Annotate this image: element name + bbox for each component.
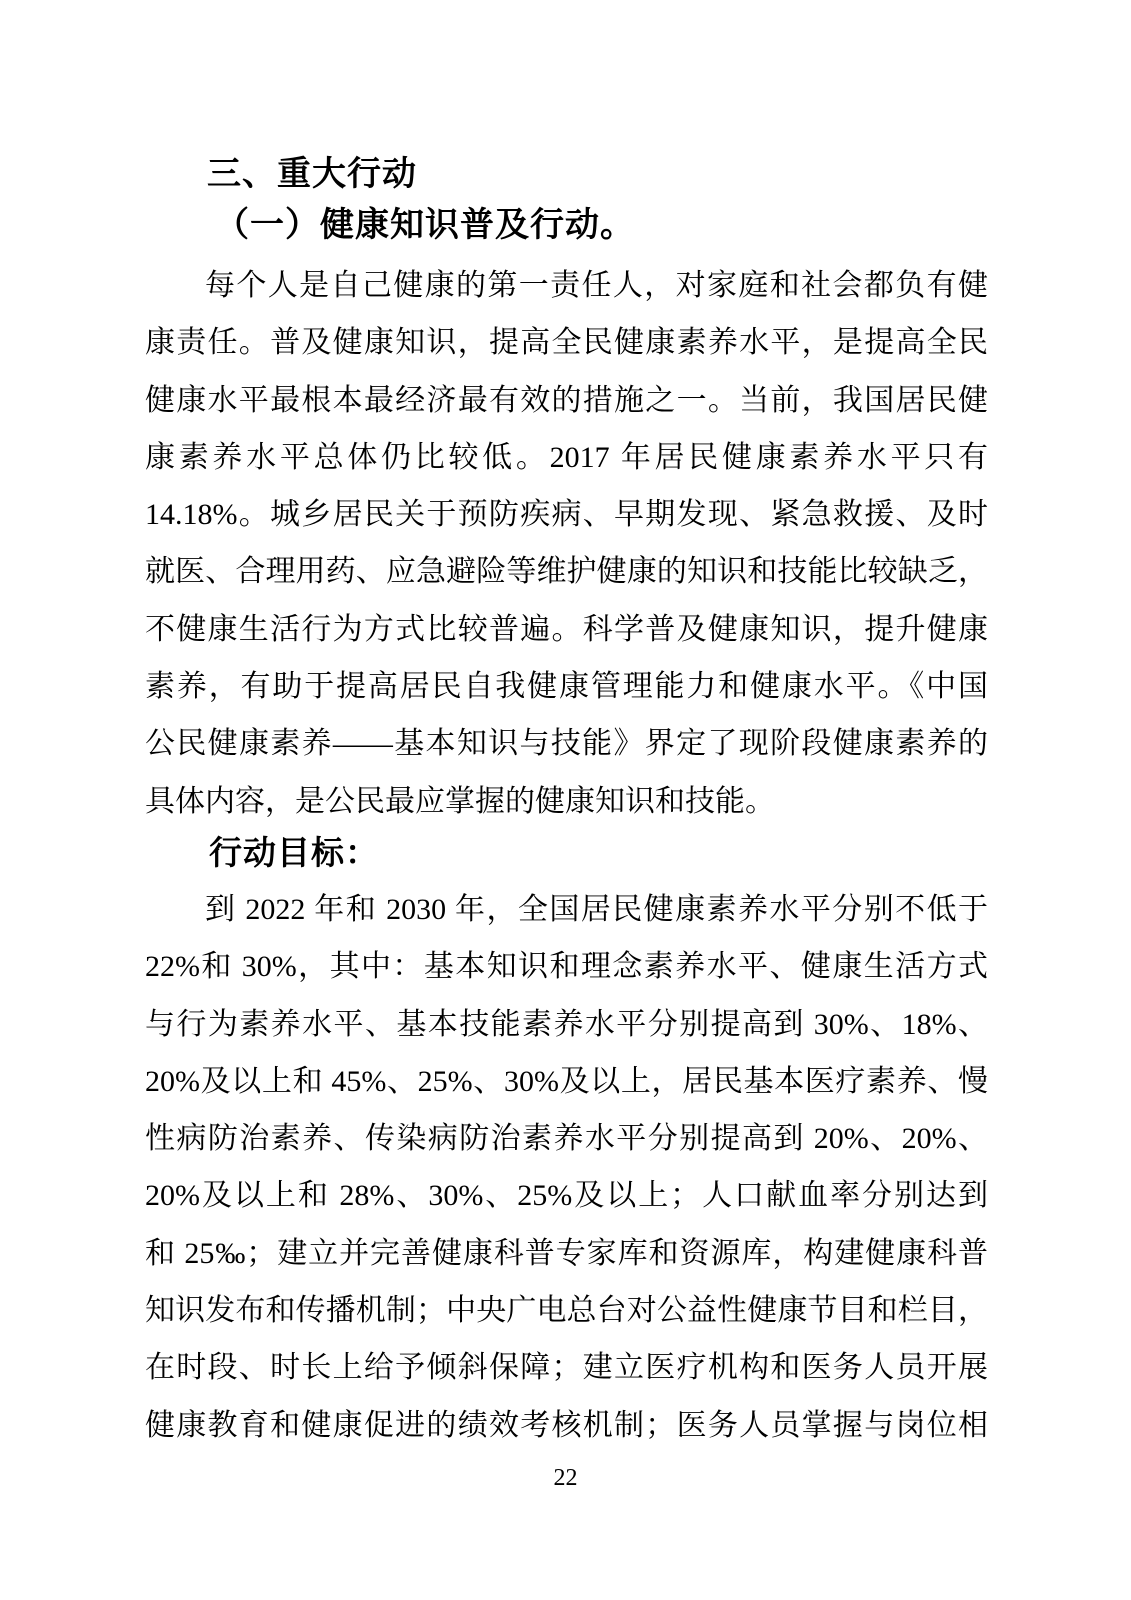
- text-line: 和 25‰；建立并完善健康科普专家库和资源库，构建健康科普: [145, 1225, 988, 1282]
- document-page: 三、重大行动 （一）健康知识普及行动。 每个人是自己健康的第一责任人，对家庭和社…: [0, 0, 1131, 1600]
- text-line: 知识发布和传播机制；中央广电总台对公益性健康节目和栏目，: [145, 1282, 988, 1339]
- text-line: 康素养水平总体仍比较低。2017 年居民健康素养水平只有: [145, 429, 988, 486]
- text-line: 公民健康素养——基本知识与技能》界定了现阶段健康素养的: [145, 715, 988, 772]
- text-line: 在时段、时长上给予倾斜保障；建立医疗机构和医务人员开展: [145, 1339, 988, 1396]
- section-heading: 三、重大行动: [207, 155, 417, 193]
- text-line: 20%及以上和 28%、30%、25%及以上；人口献血率分别达到 15‰: [145, 1167, 988, 1224]
- text-line: 健康水平最根本最经济最有效的措施之一。当前，我国居民健: [145, 372, 988, 429]
- action-goal-heading: 行动目标：: [209, 834, 379, 872]
- text-line: 具体内容，是公民最应掌握的健康知识和技能。: [145, 773, 988, 830]
- text-line: 不健康生活行为方式比较普遍。科学普及健康知识，提升健康: [145, 601, 988, 658]
- text-line: 健康教育和健康促进的绩效考核机制；医务人员掌握与岗位相: [145, 1397, 988, 1454]
- text-line: 康责任。普及健康知识，提高全民健康素养水平，是提高全民: [145, 314, 988, 371]
- page-number: 22: [0, 1464, 1131, 1492]
- text-line: 每个人是自己健康的第一责任人，对家庭和社会都负有健: [145, 257, 988, 314]
- subsection-heading: （一）健康知识普及行动。: [215, 207, 635, 245]
- text-line: 与行为素养水平、基本技能素养水平分别提高到 30%、18%、: [145, 996, 988, 1053]
- text-line: 20%及以上和 45%、25%、30%及以上，居民基本医疗素养、慢: [145, 1053, 988, 1110]
- paragraph-1: 每个人是自己健康的第一责任人，对家庭和社会都负有健 康责任。普及健康知识，提高全…: [145, 257, 988, 830]
- text-line: 性病防治素养、传染病防治素养水平分别提高到 20%、20%、: [145, 1110, 988, 1167]
- text-line: 到 2022 年和 2030 年，全国居民健康素养水平分别不低于: [145, 881, 988, 938]
- paragraph-2: 到 2022 年和 2030 年，全国居民健康素养水平分别不低于 22%和 30…: [145, 881, 988, 1454]
- text-line: 素养，有助于提高居民自我健康管理能力和健康水平。《中国: [145, 658, 988, 715]
- text-line: 22%和 30%，其中：基本知识和理念素养水平、健康生活方式: [145, 938, 988, 995]
- text-line: 14.18%。城乡居民关于预防疾病、早期发现、紧急救援、及时: [145, 486, 988, 543]
- text-line: 就医、合理用药、应急避险等维护健康的知识和技能比较缺乏，: [145, 543, 988, 600]
